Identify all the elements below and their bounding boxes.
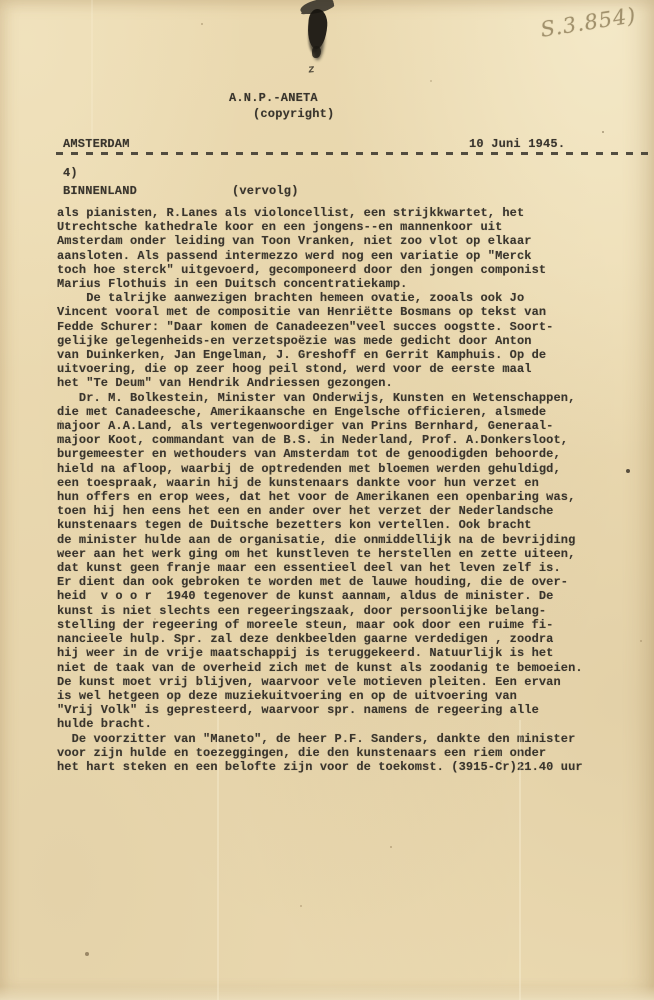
archival-code-note: S.3.854): [539, 0, 654, 42]
article-body: als pianisten, R.Lanes als violoncellist…: [57, 206, 583, 774]
continuation-label: (vervolg): [232, 184, 299, 198]
paper-crease: [91, 0, 93, 150]
page-number: 4): [63, 166, 78, 180]
agency-name: A.N.P.-ANETA: [229, 91, 318, 105]
ink-blot-tip: [312, 46, 321, 58]
ink-blot-body: [307, 8, 329, 49]
dashed-separator: [56, 152, 648, 155]
paper-specks: [0, 0, 2, 2]
section-title: BINNENLAND: [63, 184, 137, 198]
document-page: z S.3.854) A.N.P.-ANETA (copyright) AMST…: [0, 0, 654, 1000]
ink-smudge-mark: z: [308, 61, 322, 73]
date-label: 10 Juni 1945.: [469, 137, 565, 151]
copyright-label: (copyright): [253, 107, 334, 121]
city-dateline: AMSTERDAM: [63, 137, 130, 151]
